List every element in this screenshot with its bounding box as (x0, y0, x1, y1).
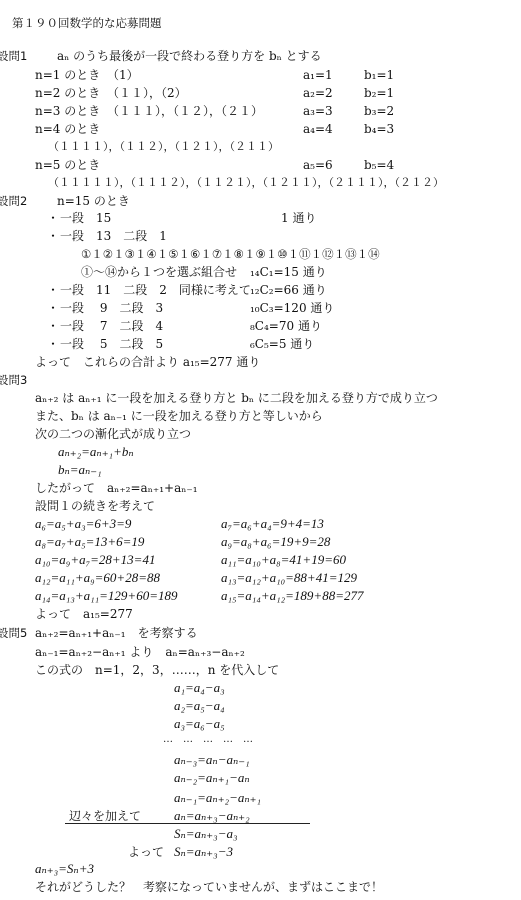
q3-therefore: したがって aₙ₊₂=aₙ₊₁+aₙ₋₁ (35, 480, 198, 496)
sum-divider-line (65, 823, 310, 824)
q2-label: 設問2 (0, 193, 27, 209)
q3-continue: 設問１の続きを考えて (35, 498, 155, 514)
q3-calc-left-5: a₁₄=a₁₃+a₁₁=129+60=189 (35, 588, 177, 604)
q1-intro: aₙ のうち最後が一段で終わる登り方を bₙ とする (57, 48, 322, 64)
q1-a-4: a₄=4 (303, 121, 333, 137)
q3-eq-1: aₙ₊₂=aₙ₊₁+bₙ (58, 444, 134, 460)
q1-a-5: a₅=6 (303, 157, 333, 173)
q1-list-n5: （１１１１１），（１１１２），（１１２１），（１２１１），（２１１１），（２１２… (48, 175, 444, 191)
q1-b-2: b₂=1 (364, 85, 394, 101)
q1-label: 設問1 (0, 48, 27, 64)
q1-case-3: n=3 のとき (35, 103, 100, 119)
q2-item-4: 一段 9 二段 3 (60, 300, 163, 316)
q2-result-5: ₈C₄=70 通り (250, 318, 322, 334)
q3-line-1: aₙ₊₂ は aₙ₊₁ に一段を加える登り方と bₙ に二段を加える登り方で成り… (35, 390, 438, 406)
q2-result-6: ₆C₅=5 通り (250, 336, 314, 352)
q3-calc-right-5: a₁₅=a₁₄+a₁₂=189+88=277 (221, 588, 363, 604)
q5-final: aₙ₊₃=Sₙ+3 (35, 861, 94, 877)
q1-b-3: b₃=2 (364, 103, 394, 119)
q2-bullet-4: ・ (47, 300, 59, 316)
q2-choose-text: ①〜⑭から１つを選ぶ組合せ (81, 264, 237, 280)
q1-ways-3: （１１１），（１２），（２１） (107, 103, 263, 119)
q5-derive: aₙ₋₁=aₙ₊₂−aₙ₊₁ より aₙ=aₙ₊₃−aₙ₊₂ (35, 644, 245, 660)
q2-intro: n=15 のとき (57, 193, 130, 209)
q2-result-4: ₁₀C₃=120 通り (250, 300, 334, 316)
q2-conclusion: よって これらの合計より a₁₅=277 通り (35, 354, 260, 370)
q2-result-1: 1 通り (281, 210, 316, 226)
q2-item-1: 一段 15 (60, 210, 111, 226)
q1-ways-2: （１１），（2） (107, 85, 187, 101)
q2-choose-result: ₁₄C₁=15 通り (250, 264, 327, 280)
q3-calc-right-1: a₇=a₆+a₄=9+4=13 (221, 516, 324, 532)
page-title: 第１９０回数学的な応募問題 (12, 15, 162, 31)
q3-calc-left-2: a₈=a₇+a₅=13+6=19 (35, 534, 144, 550)
q2-bullet-2: ・ (47, 228, 59, 244)
q5-sum-line-3: a₃=a₆−a₅ (174, 716, 225, 732)
q2-bullet-1: ・ (47, 210, 59, 226)
q3-eq-2: bₙ=aₙ₋₁ (58, 462, 102, 478)
q5-intro: aₙ₊₂=aₙ₊₁+aₙ₋₁ を考察する (35, 625, 198, 641)
q3-line-3: 次の二つの漸化式が成り立つ (35, 426, 191, 442)
q2-item-5: 一段 7 二段 4 (60, 318, 163, 334)
q1-b-1: b₁=1 (364, 67, 394, 83)
q1-b-5: b₅=4 (364, 157, 394, 173)
q5-sum-ellipsis: … … … … … (163, 732, 253, 748)
q5-sum-result: Sₙ=aₙ₊₃−a₃ (174, 826, 237, 842)
q5-closing: それがどうした？ 考察になっていませんが、まずはここまで！ (35, 879, 383, 895)
q2-bullet-3: ・ (47, 282, 59, 298)
q3-calc-right-4: a₁₃=a₁₂+a₁₀=88+41=129 (221, 570, 357, 586)
q5-sum-line-2: a₂=a₅−a₄ (174, 698, 225, 714)
q1-case-4: n=4 のとき (35, 121, 100, 137)
q5-sum-line-6: aₙ₋₂=aₙ₊₁−aₙ (174, 770, 250, 786)
q5-sum-line-1: a₁=a₄−a₃ (174, 680, 225, 696)
q3-calc-left-3: a₁₀=a₉+a₇=28+13=41 (35, 552, 155, 568)
q3-label: 設問3 (0, 372, 27, 388)
q1-ways-1: （1） (107, 67, 139, 83)
q2-item-2: 一段 13 二段 1 (60, 228, 167, 244)
q2-circled-sequence: ①１②１③１④１⑤１⑥１⑦１⑧１⑨１⑩１⑪１⑫１⑬１⑭ (81, 246, 380, 262)
q2-result-3: ₁₂C₂=66 通り (250, 282, 327, 298)
q1-case-1: n=1 のとき (35, 67, 100, 83)
q2-bullet-5: ・ (47, 318, 59, 334)
q1-list-n4: （１１１１），（１１２），（１２１），（２１１） (48, 139, 279, 155)
q2-bullet-6: ・ (47, 336, 59, 352)
q3-calc-right-3: a₁₁=a₁₀+a₈=41+19=60 (221, 552, 346, 568)
q5-add-label: 辺々を加えて (69, 808, 141, 824)
q5-sum-line-7: aₙ₋₁=aₙ₊₂−aₙ₊₁ (174, 790, 261, 806)
q3-calc-right-2: a₉=a₈+a₆=19+9=28 (221, 534, 330, 550)
q1-a-1: a₁=1 (303, 67, 333, 83)
q2-item-6: 一段 5 二段 5 (60, 336, 163, 352)
q5-sum-line-5: aₙ₋₃=aₙ−aₙ₋₁ (174, 752, 250, 768)
q2-item-3: 一段 11 二段 2 同様に考えて (60, 282, 251, 298)
q3-conclusion: よって a₁₅=277 (35, 606, 133, 622)
q5-substitute: この式の n=1，2，3，……，n を代入して (35, 662, 279, 678)
q3-calc-left-4: a₁₂=a₁₁+a₉=60+28=88 (35, 570, 160, 586)
q5-therefore-label: よって (128, 844, 164, 860)
q1-case-2: n=2 のとき (35, 85, 100, 101)
q3-line-2: また、bₙ は aₙ₋₁ に一段を加える登り方と等しいから (35, 408, 323, 424)
q5-therefore-result: Sₙ=aₙ₊₃−3 (174, 844, 233, 860)
q5-label: 設問5 (0, 625, 27, 641)
q1-case-5: n=5 のとき (35, 157, 100, 173)
q5-sum-line-8: aₙ=aₙ₊₃−aₙ₊₂ (174, 808, 250, 824)
q1-b-4: b₄=3 (364, 121, 394, 137)
q1-a-3: a₃=3 (303, 103, 333, 119)
q3-calc-left-1: a₆=a₅+a₃=6+3=9 (35, 516, 131, 532)
q1-a-2: a₂=2 (303, 85, 333, 101)
